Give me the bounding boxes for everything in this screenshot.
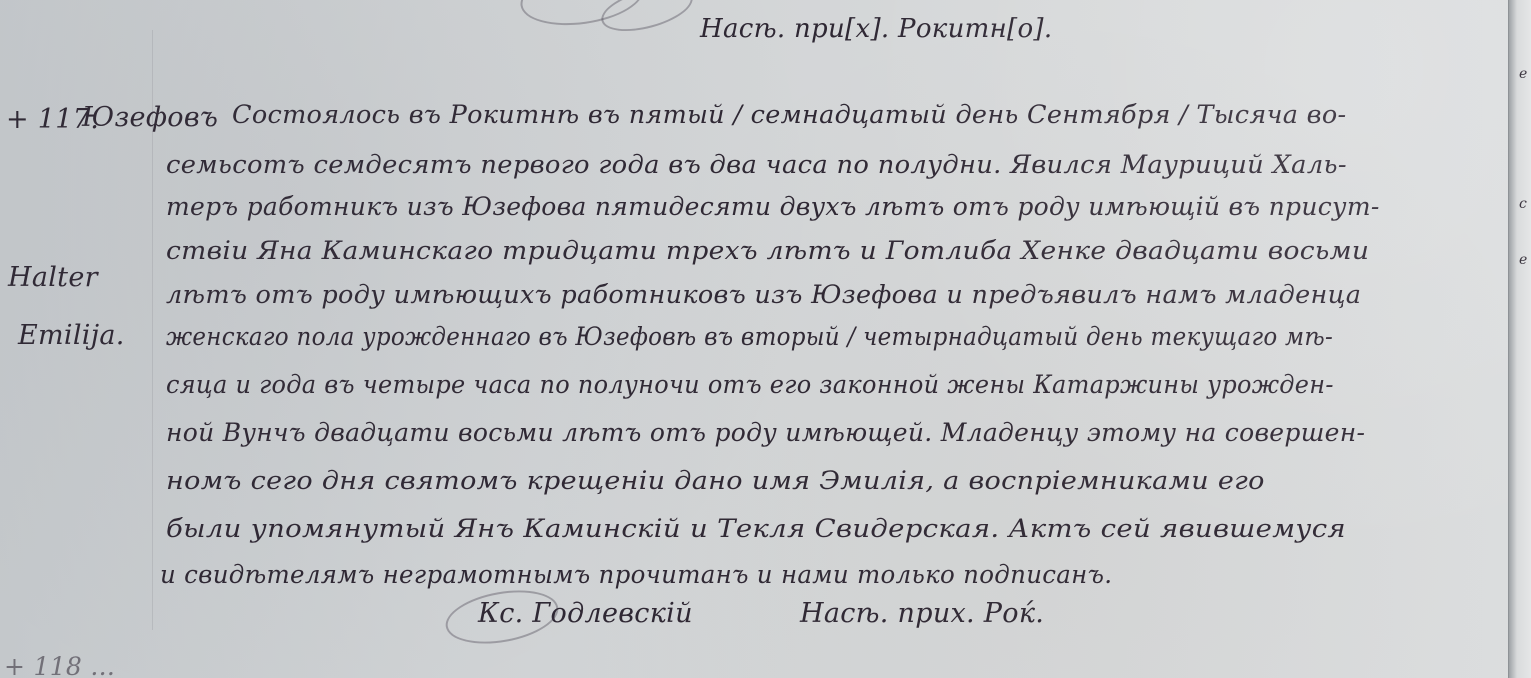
gutter-mark: е	[1519, 252, 1527, 268]
ink-flourish	[597, 0, 698, 40]
parish-signature: Насѣ. прих. Роќ.	[800, 598, 1044, 629]
next-entry-fragment: + 118 ...	[4, 652, 115, 678]
register-page: Насѣ. при[х]. Рокитн[о]. + 117. Юзефовъ …	[0, 0, 1508, 678]
gutter-mark: е	[1519, 66, 1527, 82]
entry-place: Юзефовъ	[82, 102, 218, 133]
signature-flourish	[442, 582, 563, 651]
body-line-7: сяца и года въ четыре часа по полуночи о…	[166, 370, 1334, 400]
parish-header: Насѣ. при[х]. Рокитн[о].	[700, 14, 1052, 44]
margin-given-name: Emilija.	[18, 320, 125, 351]
body-line-4: ствіи Яна Каминскаго тридцати трехъ лѣтъ…	[166, 236, 1369, 266]
body-line-3: теръ работникъ изъ Юзефова пятидесяти дв…	[166, 192, 1380, 222]
gutter-mark: с	[1519, 196, 1527, 212]
body-line-5: лѣтъ отъ роду имѣющихъ работниковъ изъ Ю…	[166, 280, 1361, 310]
margin-surname: Halter	[8, 262, 98, 293]
page-gutter	[1508, 0, 1531, 678]
body-line-8: ной Вунчъ двадцати восьми лѣтъ отъ роду …	[166, 418, 1365, 448]
body-line-11: и свидѣтелямъ неграмотнымъ прочитанъ и н…	[160, 560, 1112, 590]
body-line-10: были упомянутый Янъ Каминскій и Текля Св…	[166, 514, 1346, 544]
body-line-6: женскаго пола урожденнаго въ Юзефовѣ въ …	[166, 322, 1333, 352]
body-line-1: Состоялось въ Рокитнѣ въ пятый / семнадц…	[232, 100, 1346, 130]
body-line-2: семьсотъ семдесятъ первого года въ два ч…	[166, 150, 1347, 180]
body-line-9: номъ сего дня святомъ крещеніи дано имя …	[166, 466, 1265, 496]
